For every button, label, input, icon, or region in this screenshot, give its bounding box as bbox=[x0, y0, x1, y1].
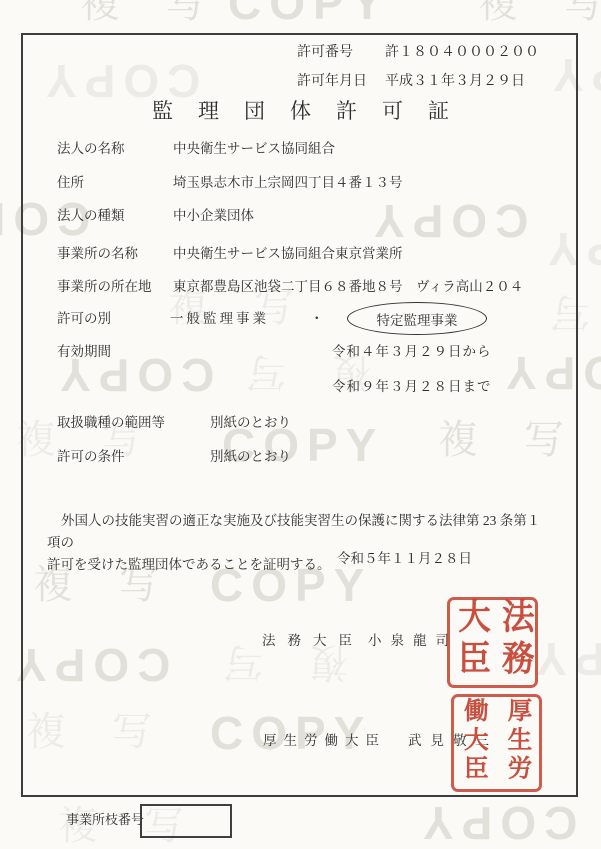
watermark-text: COPY bbox=[228, 0, 390, 26]
corp-type-value: 中小企業団体 bbox=[173, 208, 254, 224]
scope-value: 別紙のとおり bbox=[210, 415, 291, 431]
issue-date: 令和５年１１月２８日 bbox=[337, 551, 472, 567]
conditions-value: 別紙のとおり bbox=[210, 449, 291, 465]
statement-line2: 許可を受けた監理団体であることを証明する。 bbox=[47, 554, 547, 576]
permit-type-specific-circle: 特定監理事業 bbox=[347, 302, 487, 335]
statement-line1: 外国人の技能実習の適正な実施及び技能実習生の保護に関する法律第 23 条第１項の bbox=[47, 510, 547, 554]
watermark-text: 複 写 bbox=[80, 0, 224, 24]
permit-date-value: 平成３１年３月２９日 bbox=[385, 74, 525, 91]
permit-type-separator: ・ bbox=[310, 311, 324, 327]
scope-label: 取扱職種の範囲等 bbox=[57, 415, 165, 431]
address-value: 埼玉県志木市上宗岡四丁目４番１３号 bbox=[173, 175, 403, 191]
office-name-value: 中央衛生サービス協同組合東京営業所 bbox=[173, 246, 403, 262]
validity-from: 令和４年３月２９日から bbox=[332, 344, 492, 360]
watermark-text: 複 写 bbox=[478, 0, 601, 24]
certification-statement: 外国人の技能実習の適正な実施及び技能実習生の保護に関する法律第 23 条第１項の… bbox=[47, 510, 547, 576]
conditions-label: 許可の条件 bbox=[57, 449, 125, 465]
watermark-text: COPY bbox=[415, 800, 577, 846]
permit-number-value: 許１８０４０００２００ bbox=[385, 45, 539, 62]
health-minister-seal: 厚生労働大臣 bbox=[451, 694, 542, 792]
justice-minister-seal-text: 法務大臣 bbox=[449, 597, 536, 687]
validity-to: 令和９年３月２８日まで bbox=[332, 379, 492, 395]
justice-minister-seal: 法務大臣 bbox=[447, 597, 538, 688]
branch-number-box bbox=[140, 804, 232, 838]
branch-number-label: 事業所枝番号 bbox=[66, 812, 144, 828]
office-address-label: 事業所の所在地 bbox=[57, 279, 152, 295]
health-minister-seal-text: 厚生労働大臣 bbox=[453, 698, 540, 788]
permit-type-general: 一般監理事業 bbox=[170, 311, 269, 327]
corp-name-label: 法人の名称 bbox=[57, 141, 125, 157]
corp-type-label: 法人の種類 bbox=[57, 208, 125, 224]
certificate-title: 監理団体許可証 bbox=[0, 95, 601, 125]
permit-number-label: 許可番号 bbox=[297, 45, 353, 62]
validity-label: 有効期間 bbox=[57, 344, 111, 360]
office-name-label: 事業所の名称 bbox=[57, 246, 138, 262]
office-address-value: 東京都豊島区池袋二丁目６８番地８号 ヴィラ高山２０４ bbox=[173, 279, 523, 295]
justice-minister-name: 小泉龍司 bbox=[368, 633, 458, 649]
permit-type-specific: 特定監理事業 bbox=[377, 309, 458, 329]
justice-minister-title: 法務大臣 bbox=[262, 633, 364, 649]
permit-date-label: 許可年月日 bbox=[297, 74, 367, 91]
corp-name-value: 中央衛生サービス協同組合 bbox=[173, 141, 335, 157]
scanned-certificate-page: 複 写COPY複 写COPYCOPYCOPYCOPYCOPY複 写複 写COPY… bbox=[0, 0, 601, 849]
address-label: 住所 bbox=[57, 175, 84, 191]
health-minister-title: 厚生労働大臣 bbox=[263, 733, 386, 749]
permit-type-label: 許可の別 bbox=[57, 311, 111, 327]
